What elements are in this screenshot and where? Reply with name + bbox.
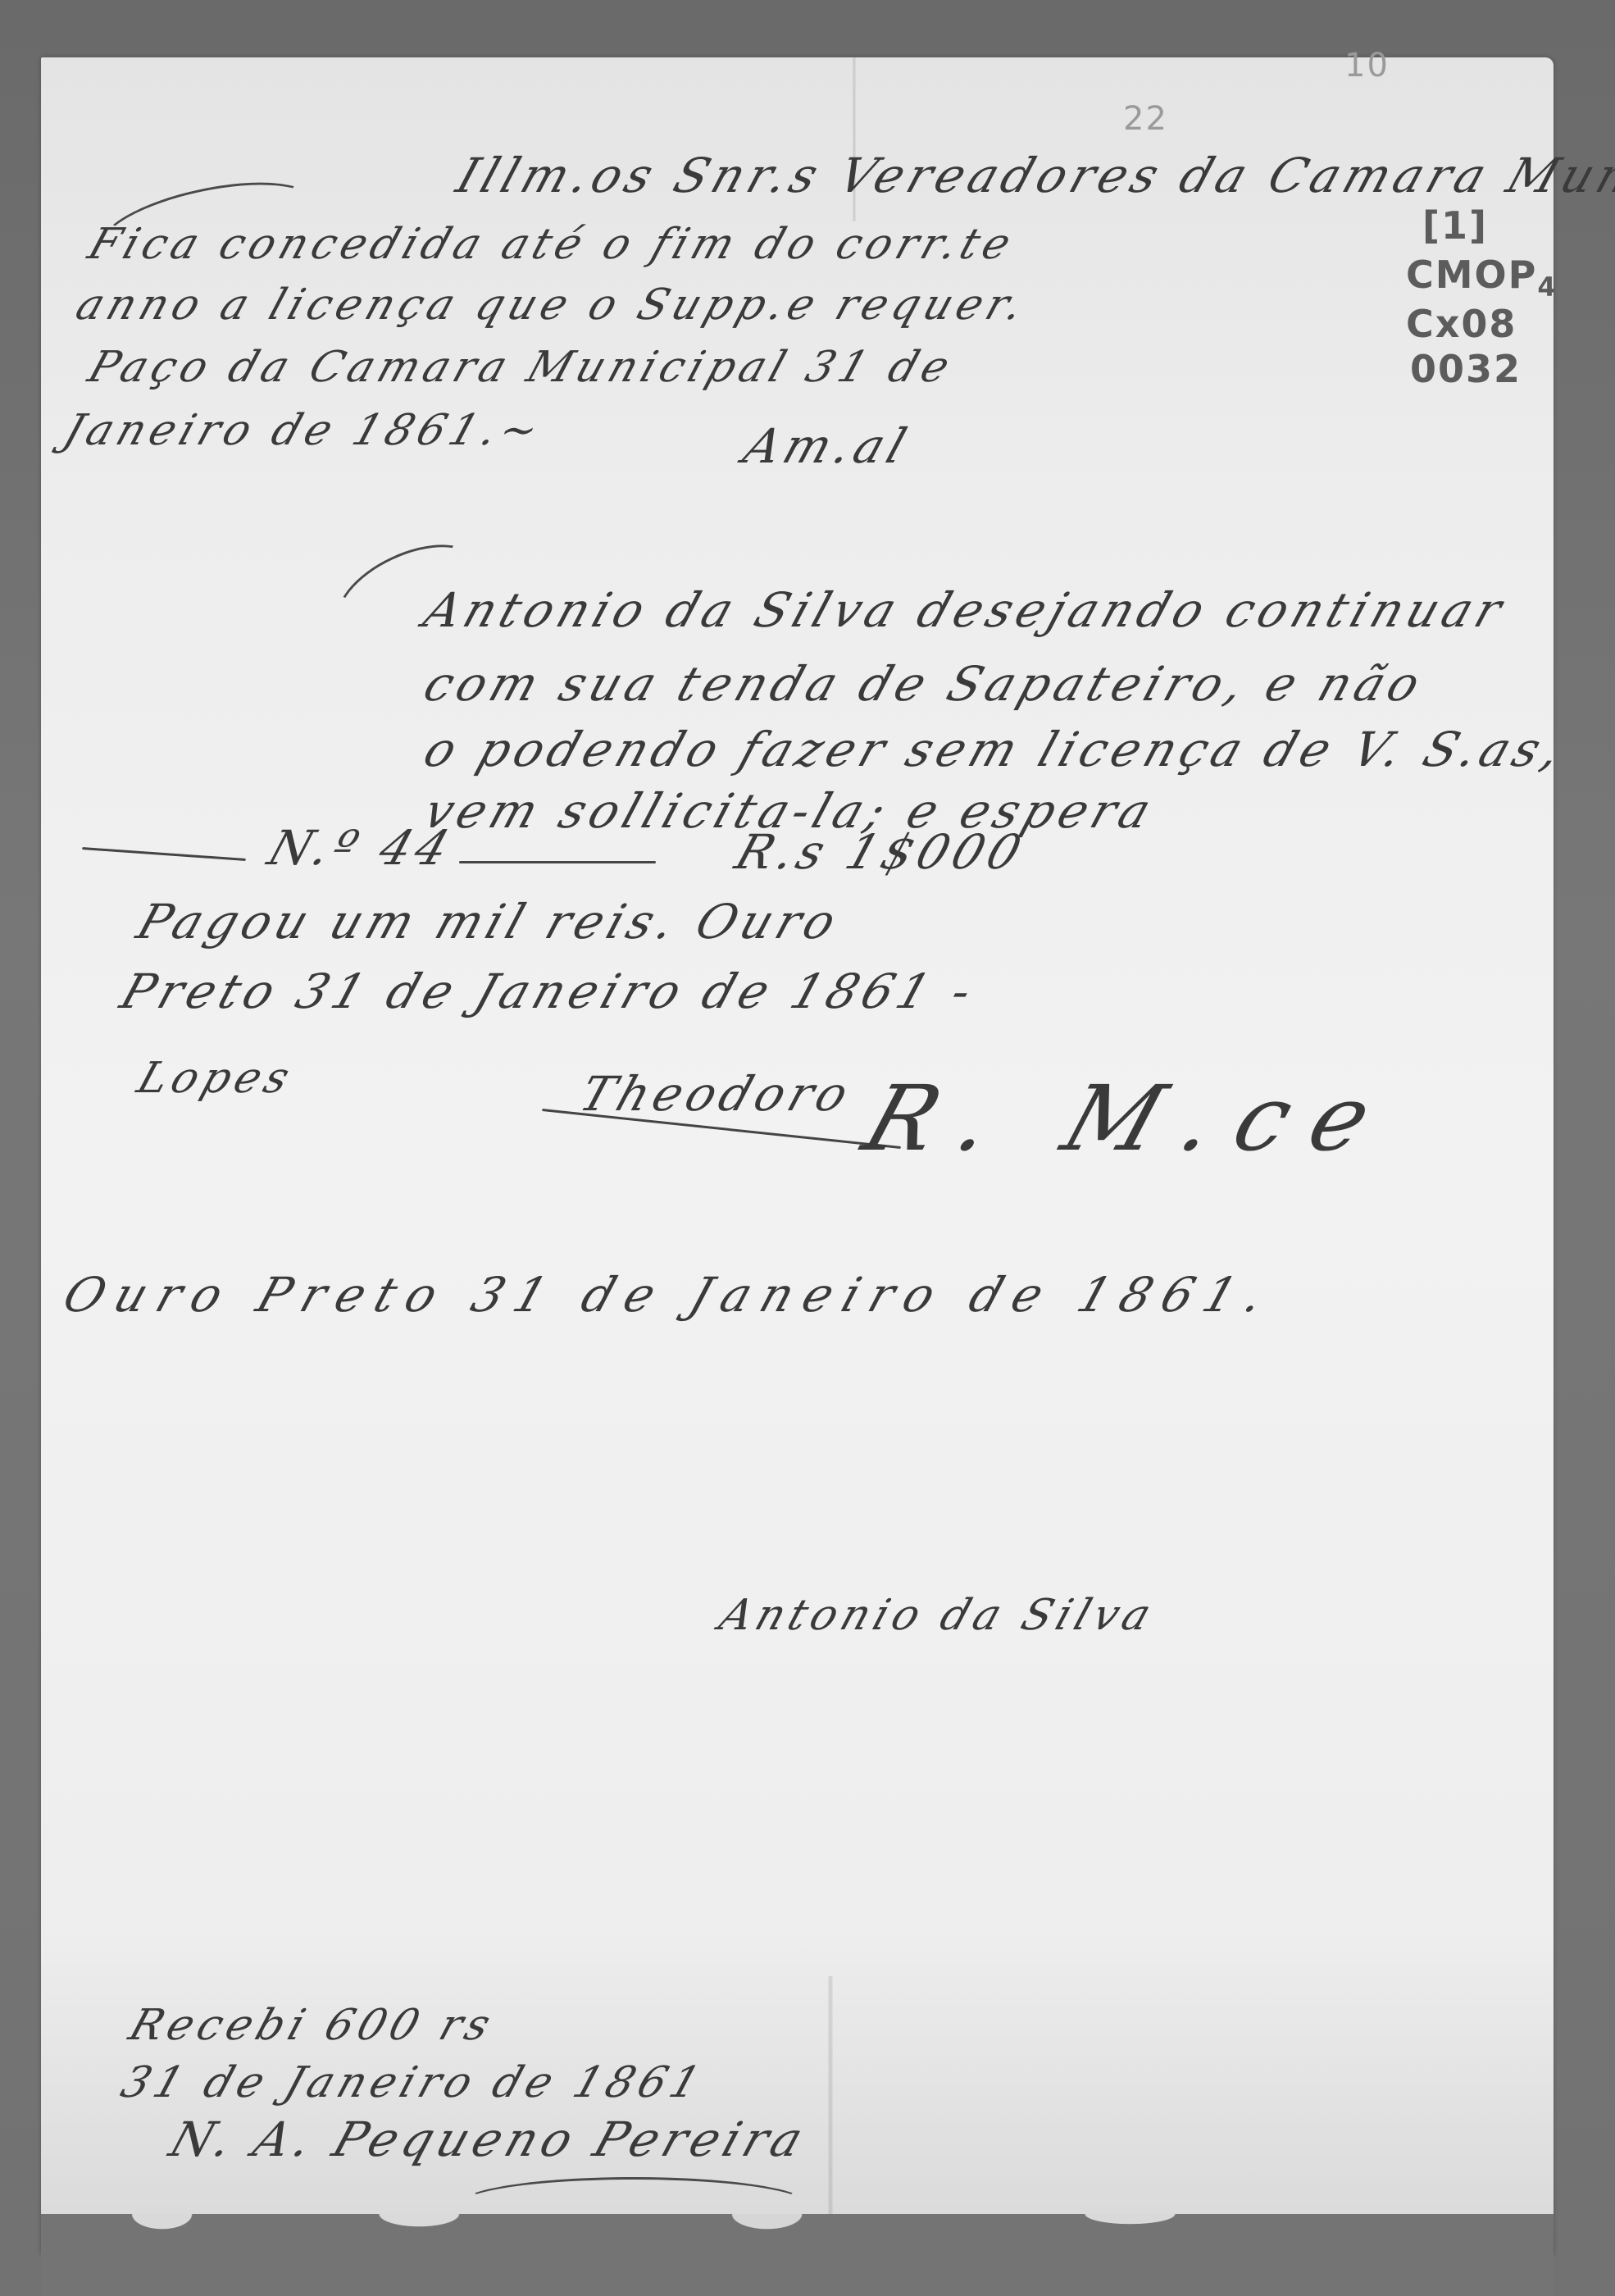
salutation: Illm.os Snr.s Vereadores da Camara Mun.a… (450, 148, 1615, 203)
torn-bottom-edge (41, 2214, 1554, 2296)
archive-box-code: Cx08 (1406, 299, 1517, 348)
paper-fold-bottom (828, 1976, 833, 2255)
dispatch-line-4: Janeiro de 1861.~ (57, 406, 549, 455)
dispatch-initials: Am.al (737, 418, 918, 474)
footer-note-signature: N. A. Pequeno Pereira (163, 2111, 815, 2167)
receipt-amount: R.s 1$000 (729, 824, 1033, 880)
page-number-mark: 22 (1123, 94, 1168, 143)
footer-note-line-1: Recebi 600 rs (123, 2001, 501, 2050)
receipt-line-1: Pagou um mil reis. Ouro (130, 894, 848, 950)
receipt-rule-middle (459, 861, 656, 863)
archive-bracket-number: [1] (1422, 201, 1488, 250)
petition-line-1: Antonio da Silva desejando continuar (417, 582, 1513, 638)
receipt-signature-theodoro: Theodoro (573, 1066, 860, 1122)
dispatch-line-1: Fica concedida até o fim do corr.te (82, 220, 1021, 269)
place-date: Ouro Preto 31 de Janeiro de 1861. (57, 1267, 1282, 1323)
receipt-line-2: Preto 31 de Janeiro de 1861 - (114, 963, 984, 1019)
petition-line-3: o podendo fazer sem licença de V. S.as, (417, 722, 1573, 777)
dispatch-line-3: Paço da Camara Municipal 31 de (82, 343, 960, 392)
corner-mark: 10 (1344, 41, 1390, 90)
petition-line-2: com sua tenda de Sapateiro, e não (417, 656, 1431, 712)
archive-doc-code: 0032 (1410, 344, 1522, 394)
footer-signature-flourish (459, 2177, 808, 2231)
fund-code: CMOP (1406, 253, 1537, 297)
dispatch-line-2: anno a licença que o Supp.e requer. (70, 280, 1034, 330)
receipt-number: N.º 44 (262, 820, 461, 876)
petitioner-signature: Antonio da Silva (713, 1591, 1162, 1640)
footer-note-line-2: 31 de Janeiro de 1861 (115, 2058, 711, 2107)
fund-sub: 4 (1537, 271, 1557, 303)
receipt-signature-lopes: Lopes (131, 1054, 300, 1103)
receipt-closing: R. M.ce (852, 1066, 1408, 1171)
